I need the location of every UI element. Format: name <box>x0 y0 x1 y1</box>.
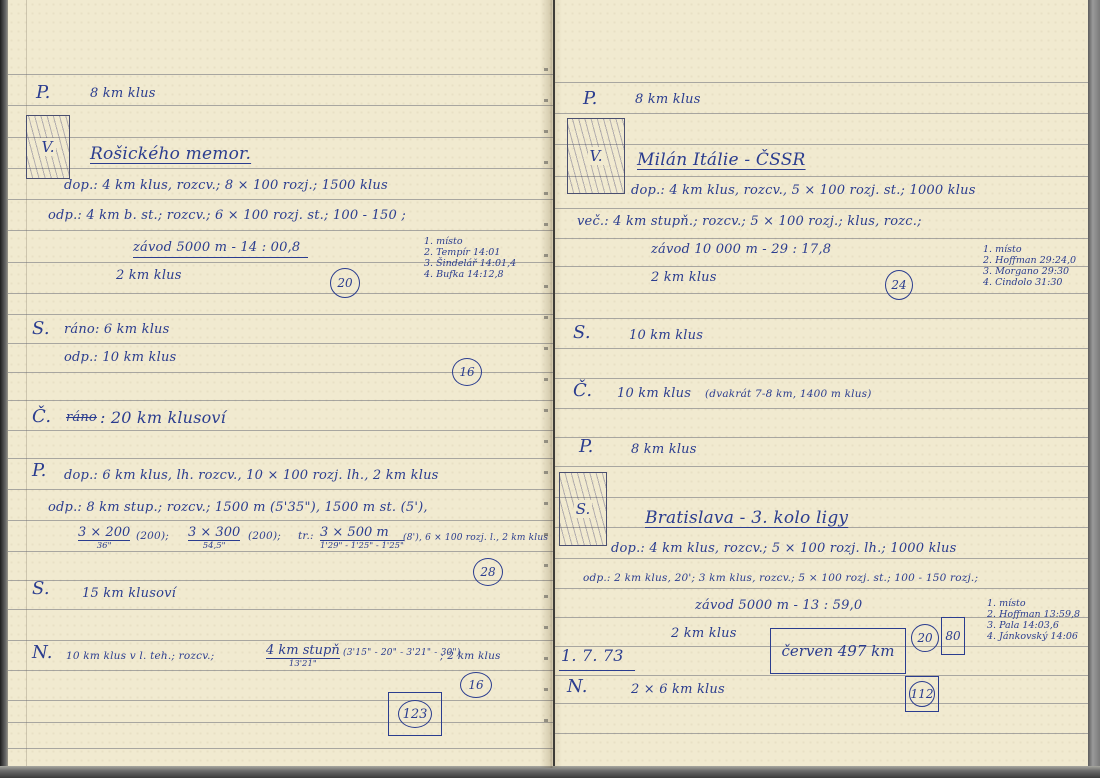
entry-line: 2 km klus <box>116 268 182 283</box>
weekly-boxed-value: 80 <box>941 617 965 655</box>
ruled-line <box>555 437 1090 438</box>
result-row: 4. Jánkovský 14:06 <box>987 631 1080 642</box>
race-title: Bratislava - 3. kolo ligy <box>645 508 848 528</box>
ruled-line <box>8 343 553 344</box>
ruled-line <box>8 748 553 749</box>
day-letter: Č. <box>32 406 51 427</box>
ruled-line <box>8 722 553 723</box>
race-result-line: závod 10 000 m - 29 : 17,8 <box>651 242 831 257</box>
daily-total-circle: 16 <box>452 358 482 386</box>
day-stamp-box: S. <box>559 472 607 546</box>
ruled-line <box>8 293 553 294</box>
entry-line: 2 km klus <box>671 626 737 641</box>
result-row: 3. Šindelář 14:01,4 <box>424 258 516 269</box>
ruled-line <box>8 700 553 701</box>
ruled-line <box>555 703 1090 704</box>
right-page: P. 8 km klus V. Milán Itálie - ČSSR dop.… <box>555 0 1090 768</box>
daily-total-circle: 16 <box>460 672 492 698</box>
ruled-line <box>8 314 553 315</box>
underline <box>559 670 635 671</box>
entry-note: (dvakrát 7-8 km, 1400 m klus) <box>705 388 872 400</box>
interval-rest: (8'), 6 × 100 rozj. l., 2 km klus <box>403 533 548 543</box>
ruled-line <box>8 105 553 106</box>
ruled-line <box>8 640 553 641</box>
race-title: Rošického memor. <box>90 144 251 164</box>
ruled-line <box>555 113 1090 114</box>
entry-text: 10 km klus v l. teh.; rozcv.; <box>66 650 214 662</box>
result-row: 4. Cindolo 31:30 <box>983 277 1076 288</box>
ruled-line <box>555 497 1090 498</box>
race-result-line: závod 5000 m - 14 : 00,8 <box>133 240 300 255</box>
day-letter: S. <box>32 578 50 599</box>
day-letter: Č. <box>573 380 592 401</box>
ruled-line <box>8 551 553 552</box>
ruled-line <box>555 176 1090 177</box>
entry-text: 10 km klus <box>617 386 691 401</box>
result-row: 4. Bufka 14:12,8 <box>424 269 516 280</box>
daily-total-circle: 24 <box>885 270 913 300</box>
day-letter: N. <box>32 642 53 663</box>
interval-fraction: 4 km stupň 13'21" <box>266 643 340 669</box>
week-total-box: 123 <box>388 692 442 736</box>
week-total-box: 112 <box>905 676 939 712</box>
ruled-line <box>8 199 553 200</box>
interval-fraction: 3 × 300 54,5" <box>188 525 240 551</box>
ruled-line <box>555 558 1090 559</box>
ruled-line <box>8 670 553 671</box>
ruled-line <box>8 168 553 169</box>
day-stamp-box: V. <box>26 115 70 179</box>
race-title: Milán Itálie - ČSSR <box>637 150 806 170</box>
notebook-right-edge <box>1088 0 1100 778</box>
entry-line: dop.: 6 km klus, lh. rozcv., 10 × 100 ro… <box>64 468 439 483</box>
ruled-line <box>555 588 1090 589</box>
ruled-line <box>8 400 553 401</box>
day-letter: P. <box>36 82 51 103</box>
ruled-line <box>555 82 1090 83</box>
underline <box>133 257 308 258</box>
ruled-line <box>8 489 553 490</box>
ruled-line <box>555 466 1090 467</box>
interval-prefix: tr.: <box>298 530 314 542</box>
daily-total-circle: 20 <box>911 624 939 652</box>
day-letter: P. <box>579 436 594 457</box>
ruled-line <box>8 520 553 521</box>
ruled-line <box>555 293 1090 294</box>
ruled-line <box>8 74 553 75</box>
interval-rest: (200); <box>248 530 281 542</box>
binding-stitches <box>544 40 548 740</box>
ruled-line <box>8 430 553 431</box>
entry-text: 15 km klusoví <box>82 586 176 601</box>
week-total: 112 <box>909 681 935 707</box>
week-total: 123 <box>398 700 432 728</box>
ruled-line <box>555 378 1090 379</box>
ruled-line <box>555 408 1090 409</box>
entry-tail: ; 2 km klus <box>440 650 501 662</box>
ruled-line <box>555 144 1090 145</box>
interval-rest: (200); <box>136 530 169 542</box>
ruled-line <box>8 458 553 459</box>
entry-text: 8 km klus <box>631 442 697 457</box>
entry-line: 2 km klus <box>651 270 717 285</box>
entry-line: dop.: 4 km klus, rozcv.; 8 × 100 rozj.; … <box>64 178 388 193</box>
entry-text: : 20 km klusoví <box>100 408 226 427</box>
struck-text: ráno <box>66 410 97 425</box>
date-heading: 1. 7. 73 <box>561 646 624 665</box>
ruled-line <box>555 348 1090 349</box>
day-stamp-box: V. <box>567 118 625 194</box>
entry-text: 8 km klus <box>90 86 156 101</box>
race-results-list: 1. místo 2. Hoffman 13:59,8 3. Pala 14:0… <box>987 598 1080 642</box>
ruled-line <box>555 733 1090 734</box>
ruled-line <box>8 230 553 231</box>
ruled-line <box>555 238 1090 239</box>
result-row: 3. Morgano 29:30 <box>983 266 1076 277</box>
race-result-line: závod 5000 m - 13 : 59,0 <box>695 598 862 613</box>
day-letter: S. <box>573 322 591 343</box>
entry-line: odp.: 8 km stup.; rozcv.; 1500 m (5'35")… <box>48 500 428 515</box>
interval-fraction: 3 × 500 m 1'29" - 1'25" - 1'25" <box>320 525 404 551</box>
month-summary-box: červen 497 km <box>770 628 906 674</box>
ruled-line <box>8 137 553 138</box>
entry-line: odp.: 10 km klus <box>64 350 176 365</box>
ruled-line <box>555 675 1090 676</box>
day-letter: P. <box>583 88 598 109</box>
result-row: 2. Hoffman 13:59,8 <box>987 609 1080 620</box>
result-row: 2. Hoffman 29:24,0 <box>983 255 1076 266</box>
daily-total-circle: 20 <box>330 268 360 298</box>
interval-fraction: 3 × 200 36" <box>78 525 130 551</box>
ruled-line <box>8 609 553 610</box>
entry-line: dop.: 4 km klus, rozcv.; 5 × 100 rozj. l… <box>611 541 956 556</box>
race-results-list: 1. místo 2. Hoffman 29:24,0 3. Morgano 2… <box>983 244 1076 288</box>
ruled-line <box>555 318 1090 319</box>
left-page: P. 8 km klus V. Rošického memor. dop.: 4… <box>8 0 553 768</box>
entry-line: več.: 4 km stupň.; rozcv.; 5 × 100 rozj.… <box>577 214 922 229</box>
daily-total-circle: 28 <box>473 558 503 586</box>
ruled-line <box>8 580 553 581</box>
entry-line: dop.: 4 km klus, rozcv., 5 × 100 rozj. s… <box>631 183 976 198</box>
result-row: 3. Pala 14:03,6 <box>987 620 1080 631</box>
race-results-list: 1. místo 2. Tempír 14:01 3. Šindelář 14:… <box>424 236 516 280</box>
day-letter: P. <box>32 460 47 481</box>
entry-line: ráno: 6 km klus <box>64 322 170 337</box>
result-row: 2. Tempír 14:01 <box>424 247 516 258</box>
entry-text: 10 km klus <box>629 328 703 343</box>
results-header: 1. místo <box>987 598 1080 609</box>
entry-text: 2 × 6 km klus <box>631 682 725 697</box>
entry-text: 8 km klus <box>635 92 701 107</box>
ruled-line <box>555 208 1090 209</box>
entry-line: odp.: 4 km b. st.; rozcv.; 6 × 100 rozj.… <box>48 208 406 223</box>
day-letter: N. <box>567 676 588 697</box>
day-letter: S. <box>32 318 50 339</box>
results-header: 1. místo <box>983 244 1076 255</box>
results-header: 1. místo <box>424 236 516 247</box>
entry-line: odp.: 2 km klus, 20'; 3 km klus, rozcv.;… <box>583 572 978 584</box>
